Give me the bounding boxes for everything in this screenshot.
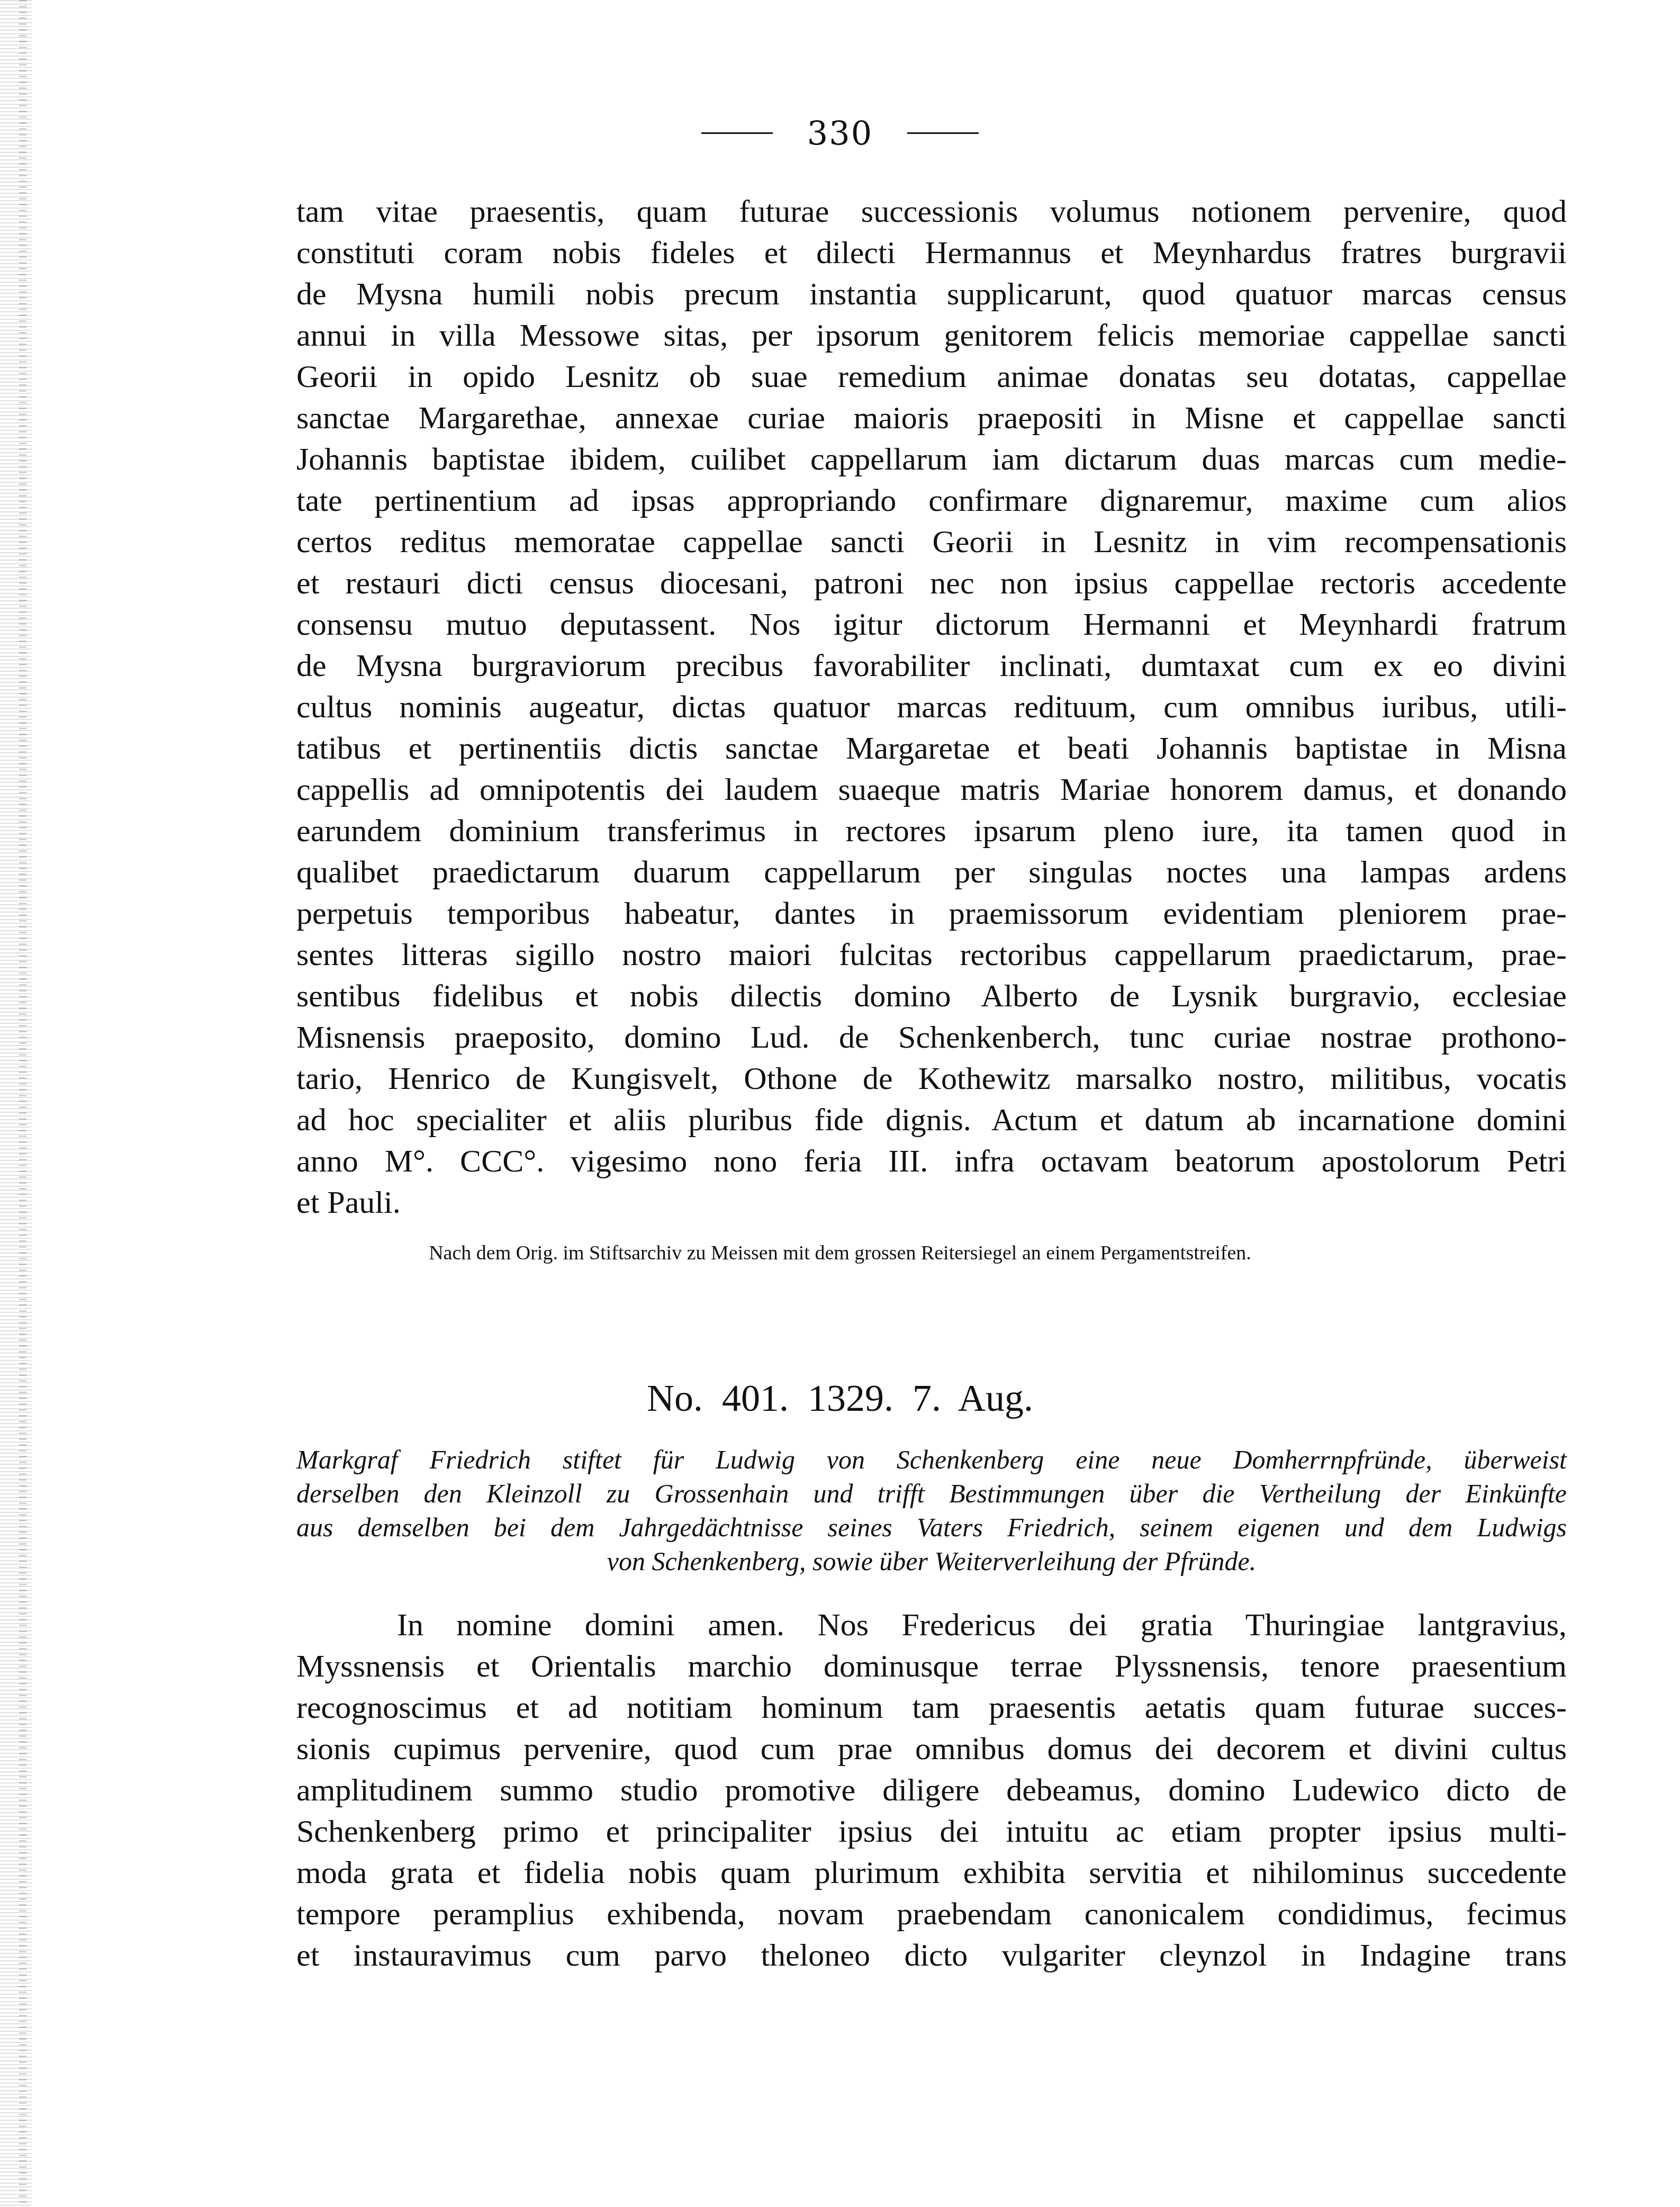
text-line: consensu mutuo deputassent. Nos igitur d… (296, 603, 1567, 645)
text-line: annui in villa Messowe sitas, per ipsoru… (296, 314, 1567, 356)
text-line: earundem dominium transferimus in rector… (296, 810, 1567, 851)
text-line: et restauri dicti census diocesani, patr… (296, 562, 1567, 603)
text-line: tate pertinentium ad ipsas appropriando … (296, 480, 1567, 521)
text-line: moda grata et fidelia nobis quam plurimu… (296, 1852, 1567, 1893)
scan-edge-artifact (0, 0, 32, 2207)
text-line: de Mysna burgraviorum precibus favorabil… (296, 645, 1567, 686)
text-line: sanctae Margarethae, annexae curiae maio… (296, 397, 1567, 438)
text-line: tatibus et pertinentiis dictis sanctae M… (296, 727, 1567, 769)
continuation-text: tam vitae praesentis, quam futurae succe… (296, 191, 1567, 1223)
text-line: Misnensis praeposito, domino Lud. de Sch… (296, 1016, 1567, 1058)
regest-line: aus demselben bei dem Jahrgedächtnisse s… (296, 1510, 1567, 1544)
regest-line: von Schenkenberg, sowie über Weiterverle… (296, 1544, 1567, 1578)
page-header: 330 (0, 114, 1680, 152)
text-line: cultus nominis augeatur, dictas quatuor … (296, 686, 1567, 727)
header-rule-right (907, 132, 979, 134)
document-heading: No. 401. 1329. 7. Aug. (0, 1376, 1680, 1420)
text-line: Schenkenberg primo et principaliter ipsi… (296, 1810, 1567, 1852)
text-line: certos reditus memoratae cappellae sanct… (296, 521, 1567, 562)
header-rule-left (701, 132, 773, 134)
text-line: sentibus fidelibus et nobis dilectis dom… (296, 975, 1567, 1016)
scan-edge-artifact (19, 0, 26, 2207)
text-line: de Mysna humili nobis precum instantia s… (296, 273, 1567, 314)
text-line: et instauravimus cum parvo theloneo dict… (296, 1934, 1567, 1976)
text-line: sentes litteras sigillo nostro maiori fu… (296, 934, 1567, 975)
text-line: anno M°. CCC°. vigesimo nono feria III. … (296, 1140, 1567, 1182)
text-line: Myssnensis et Orientalis marchio dominus… (296, 1645, 1567, 1687)
document-body: In nomine domini amen. Nos Fredericus de… (296, 1604, 1567, 1976)
regest-line: derselben den Kleinzoll zu Grossenhain u… (296, 1476, 1567, 1510)
text-line: In nomine domini amen. Nos Fredericus de… (296, 1604, 1567, 1645)
text-line: et Pauli. (296, 1182, 1567, 1223)
text-line: tempore peramplius exhibenda, novam prae… (296, 1893, 1567, 1934)
text-line: sionis cupimus pervenire, quod cum prae … (296, 1728, 1567, 1769)
text-line: qualibet praedictarum duarum cappellarum… (296, 851, 1567, 893)
text-line: ad hoc specialiter et aliis pluribus fid… (296, 1099, 1567, 1140)
text-line: cappellis ad omnipotentis dei laudem sua… (296, 769, 1567, 810)
text-line: constituti coram nobis fideles et dilect… (296, 232, 1567, 273)
text-line: Georii in opido Lesnitz ob suae remedium… (296, 356, 1567, 397)
text-line: perpetuis temporibus habeatur, dantes in… (296, 893, 1567, 934)
regest-line: Markgraf Friedrich stiftet für Ludwig vo… (296, 1443, 1567, 1476)
text-line: tam vitae praesentis, quam futurae succe… (296, 191, 1567, 232)
text-line: amplitudinem summo studio promotive dili… (296, 1769, 1567, 1810)
text-line: Johannis baptistae ibidem, cuilibet capp… (296, 438, 1567, 480)
text-line: tario, Henrico de Kungisvelt, Othone de … (296, 1058, 1567, 1099)
page-number: 330 (807, 114, 873, 152)
document-regest: Markgraf Friedrich stiftet für Ludwig vo… (296, 1443, 1567, 1578)
source-note: Nach dem Orig. im Stiftsarchiv zu Meisse… (0, 1241, 1680, 1265)
text-line: recognoscimus et ad notitiam hominum tam… (296, 1687, 1567, 1728)
